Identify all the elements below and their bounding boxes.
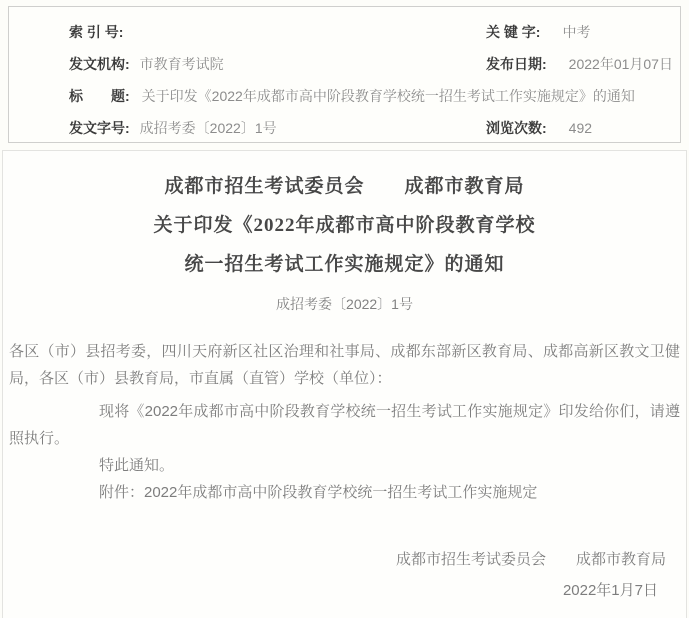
signature-organizations: 成都市招生考试委员会 成都市教育局 [9,544,680,575]
paragraph-notice: 特此通知。 [9,452,680,479]
paragraph-salutation: 各区（市）县招考委，四川天府新区社区治理和社事局、成都东部新区教育局、成都高新区… [9,338,680,392]
docnum-label: 发文字号: [69,118,130,138]
agency-label: 发文机构: [69,54,130,74]
pubdate-label: 发布日期: [486,54,547,74]
meta-row-agency-date: 发文机构: 市教育考试院 发布日期: 2022年01月07日 [9,49,680,79]
meta-row-docnum-views: 发文字号: 成招考委〔2022〕1号 浏览次数: 492 [9,113,680,143]
agency-value: 市教育考试院 [140,54,224,74]
document-title-line3: 统一招生考试工作实施规定》的通知 [9,245,680,284]
document-title-line2: 关于印发《2022年成都市高中阶段教育学校 [9,206,680,245]
index-field: 索 引 号: [9,22,486,42]
keyword-value: 中考 [562,22,590,42]
title-value: 关于印发《2022年成都市高中阶段教育学校统一招生考试工作实施规定》的通知 [142,86,635,106]
agency-field: 发文机构: 市教育考试院 [9,54,486,74]
metadata-card: 索 引 号: 关 键 字: 中考 发文机构: 市教育考试院 发布日期: 2022… [8,6,681,143]
paragraph-body: 现将《2022年成都市高中阶段教育学校统一招生考试工作实施规定》印发给你们，请遵… [9,398,680,452]
pubdate-field: 发布日期: 2022年01月07日 [486,54,673,74]
views-value: 492 [569,120,592,136]
pubdate-value: 2022年01月07日 [569,54,673,74]
meta-row-index-keyword: 索 引 号: 关 键 字: 中考 [9,17,680,47]
document-title-line1: 成都市招生考试委员会 成都市教育局 [9,167,680,206]
document-body-panel: 成都市招生考试委员会 成都市教育局 关于印发《2022年成都市高中阶段教育学校 … [2,150,687,618]
keyword-field: 关 键 字: 中考 [486,22,590,42]
views-label: 浏览次数: [486,118,547,138]
document-title: 成都市招生考试委员会 成都市教育局 关于印发《2022年成都市高中阶段教育学校 … [9,167,680,284]
document-page: 索 引 号: 关 键 字: 中考 发文机构: 市教育考试院 发布日期: 2022… [0,0,689,618]
index-label: 索 引 号: [69,22,123,42]
signature-block: 成都市招生考试委员会 成都市教育局 2022年1月7日 [9,544,680,606]
signature-date: 2022年1月7日 [9,575,680,606]
keyword-label: 关 键 字: [486,22,540,42]
title-label: 标 题: [69,86,130,106]
docnum-value: 成招考委〔2022〕1号 [140,118,277,138]
paragraph-attachment: 附件：2022年成都市高中阶段教育学校统一招生考试工作实施规定 [9,479,680,506]
document-number: 成招考委〔2022〕1号 [9,294,680,314]
views-field: 浏览次数: 492 [486,118,592,138]
meta-row-title: 标 题: 关于印发《2022年成都市高中阶段教育学校统一招生考试工作实施规定》的… [9,81,680,111]
docnum-field: 发文字号: 成招考委〔2022〕1号 [9,118,486,138]
